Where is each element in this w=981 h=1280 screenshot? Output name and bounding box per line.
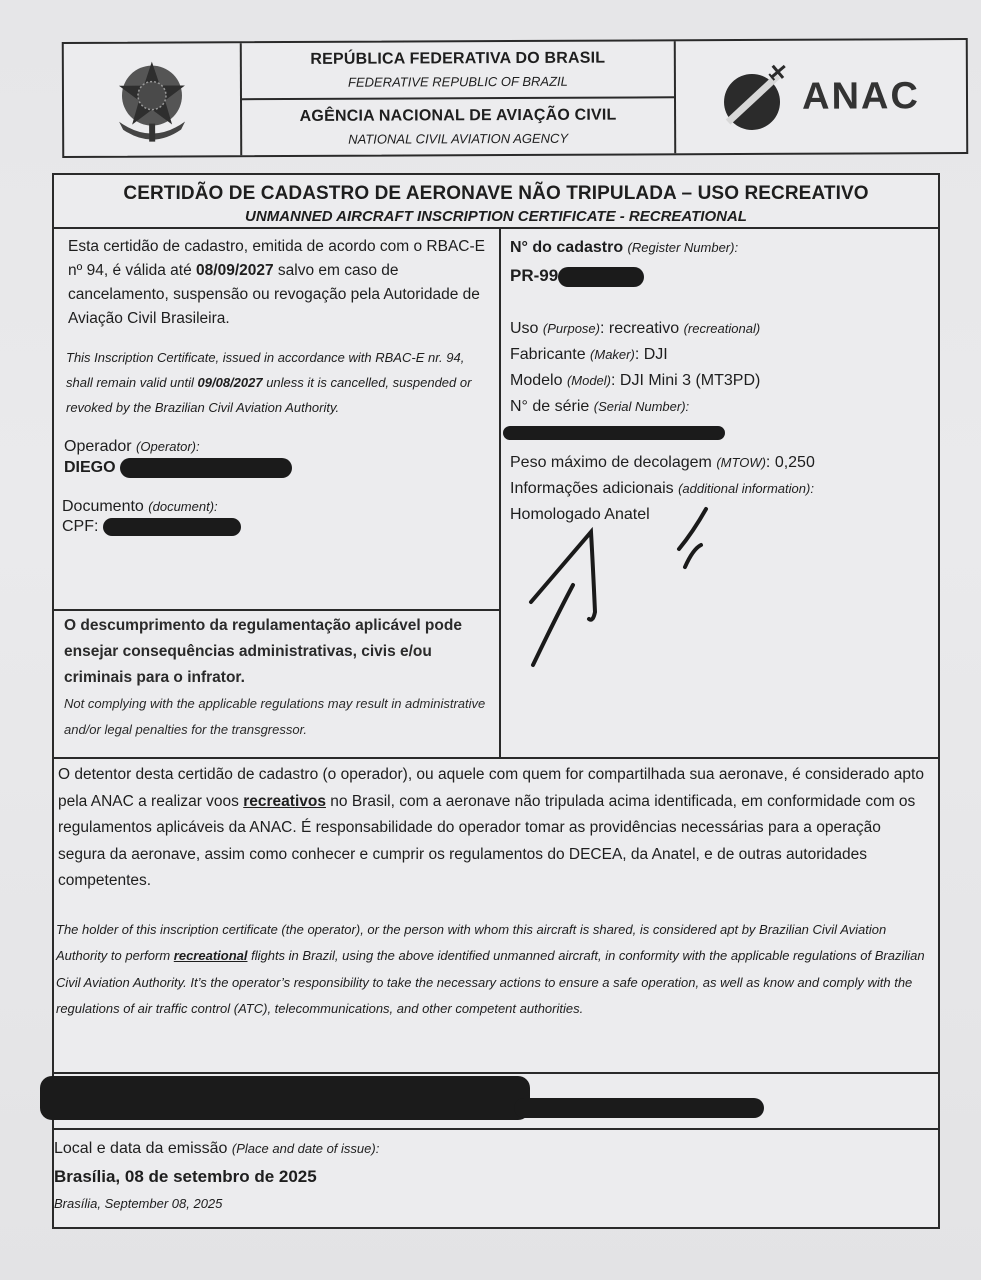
redacted-row	[54, 1074, 938, 1130]
authorization-text-pt: O detentor desta certidão de cadastro (o…	[54, 759, 938, 895]
country-name-pt: REPÚBLICA FEDERATIVA DO BRASIL	[310, 50, 605, 69]
field-purpose: Uso (Purpose): recreativo (recreational)	[510, 316, 928, 342]
validity-date-pt: 08/09/2027	[196, 262, 274, 279]
redaction-mark	[103, 518, 241, 536]
field-serial: N° de série (Serial Number):	[510, 394, 928, 420]
document-cpf-label: CPF:	[62, 518, 98, 535]
anac-globe-plane-icon	[722, 60, 792, 134]
document-header: REPÚBLICA FEDERATIVA DO BRASIL FEDERATIV…	[62, 38, 968, 158]
register-field: N° do cadastro (Register Number):	[510, 235, 928, 261]
header-titles: REPÚBLICA FEDERATIVA DO BRASIL FEDERATIV…	[242, 41, 676, 155]
authorization-section: O detentor desta certidão de cadastro (o…	[54, 757, 938, 1074]
warning-text-en: Not complying with the applicable regula…	[54, 691, 499, 743]
operator-name: DIEGO	[64, 459, 116, 476]
field-model: Modelo (Model): DJI Mini 3 (MT3PD)	[510, 368, 928, 394]
serial-value	[503, 420, 928, 446]
document-field: Documento (document): CPF:	[54, 478, 499, 536]
validity-date-en: 09/08/2027	[198, 375, 263, 390]
redaction-mark	[40, 1076, 530, 1120]
field-mtow: Peso máximo de decolagem (MTOW): 0,250	[510, 450, 928, 476]
redaction-mark	[120, 458, 292, 478]
anac-logo-text: ANAC	[802, 75, 920, 119]
authorization-text-en: The holder of this inscription certifica…	[54, 895, 938, 1023]
certificate-title-en: UNMANNED AIRCRAFT INSCRIPTION CERTIFICAT…	[54, 208, 938, 225]
issue-date-en: Brasília, September 08, 2025	[54, 1196, 938, 1211]
redaction-mark	[503, 426, 725, 440]
document-label: Documento	[62, 498, 144, 515]
agency-name-en: NATIONAL CIVIL AVIATION AGENCY	[348, 131, 568, 147]
anac-logo: ANAC	[676, 40, 966, 153]
redaction-mark	[558, 267, 644, 287]
operator-label: Operador	[64, 438, 132, 455]
agency-name-pt: AGÊNCIA NACIONAL DE AVIAÇÃO CIVIL	[300, 107, 617, 126]
validity-text-en: This Inscription Certificate, issued in …	[54, 331, 499, 420]
warning-section: O descumprimento da regulamentação aplic…	[54, 611, 501, 757]
redaction-mark	[514, 1098, 764, 1118]
field-maker: Fabricante (Maker): DJI	[510, 342, 928, 368]
warning-text-pt: O descumprimento da regulamentação aplic…	[54, 611, 499, 691]
issue-date-pt: Brasília, 08 de setembro de 2025	[54, 1167, 938, 1187]
operator-field: Operador (Operator): DIEGO	[54, 420, 499, 478]
aircraft-details-section: N° do cadastro (Register Number): PR-99 …	[501, 229, 938, 757]
issue-section: Local e data da emissão (Place and date …	[54, 1130, 938, 1227]
brazil-coat-of-arms-icon	[111, 53, 193, 145]
emblem-cell	[64, 43, 242, 156]
certificate-title-section: CERTIDÃO DE CADASTRO DE AERONAVE NÃO TRI…	[54, 175, 938, 229]
paper-document: REPÚBLICA FEDERATIVA DO BRASIL FEDERATIV…	[0, 0, 981, 1280]
issue-label: Local e data da emissão (Place and date …	[54, 1140, 938, 1158]
validity-text-pt: Esta certidão de cadastro, emitida de ac…	[54, 229, 499, 331]
register-value: PR-99	[510, 263, 928, 290]
certificate-title-pt: CERTIDÃO DE CADASTRO DE AERONAVE NÃO TRI…	[54, 183, 938, 205]
handwritten-signature	[521, 497, 721, 697]
certificate-box: CERTIDÃO DE CADASTRO DE AERONAVE NÃO TRI…	[52, 173, 940, 1229]
country-name-en: FEDERATIVE REPUBLIC OF BRAZIL	[348, 74, 568, 90]
validity-operator-section: Esta certidão de cadastro, emitida de ac…	[54, 229, 501, 611]
